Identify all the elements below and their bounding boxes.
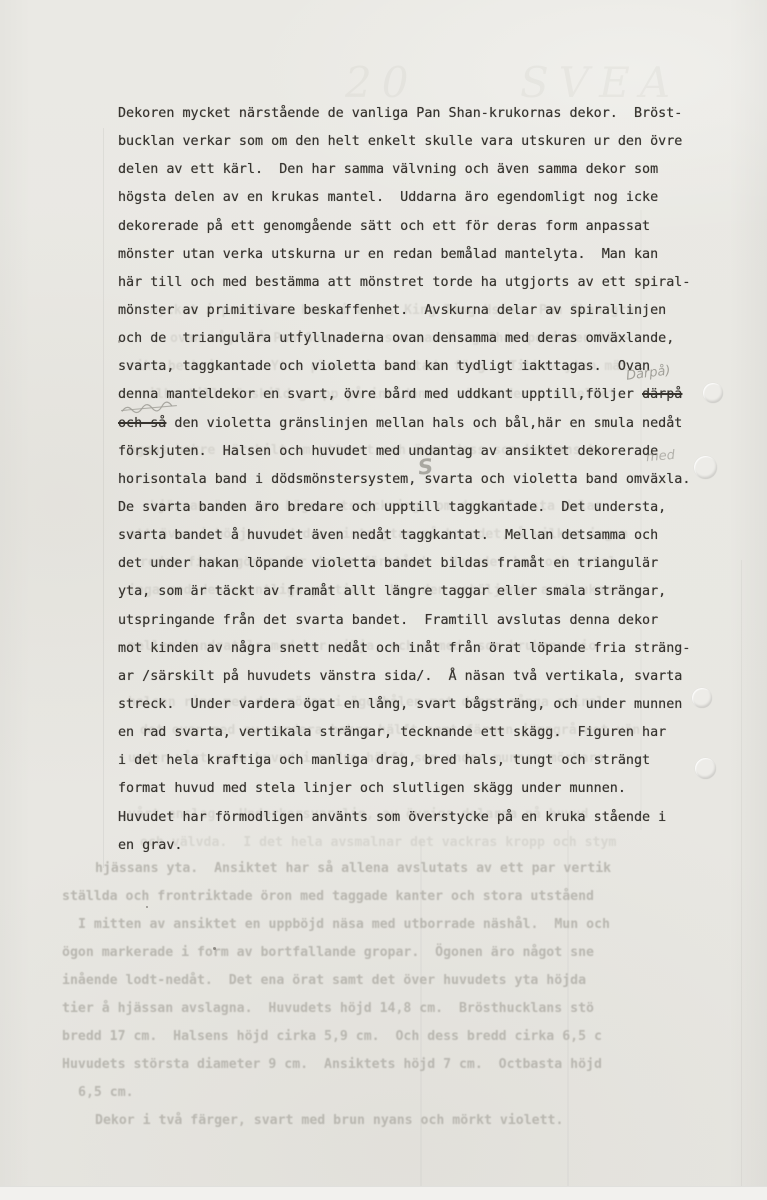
typed-line: en grav. xyxy=(118,832,690,860)
typed-text-segment: den violetta gränslinjen mellan hals och… xyxy=(166,416,682,431)
typed-line: mönster av primitivare beskaffenhet. Avs… xyxy=(118,297,690,325)
typed-text-segment: högsta delen av en krukas mantel. Uddarn… xyxy=(118,190,658,205)
typed-text-segment: mönster av primitivare beskaffenhet. Avs… xyxy=(118,303,666,318)
typed-text-segment: utspringande från det svarta bandet. Fra… xyxy=(118,613,658,628)
typed-text-segment: här till och med bestämma att mönstret t… xyxy=(118,275,690,290)
typed-text-segment: Huvudet har förmodligen använts som över… xyxy=(118,810,666,825)
bleedthrough-line: tier å hjässan avslagna. Huvudets höjd 1… xyxy=(62,1001,594,1016)
typed-text-segment: dekorerade på ett genomgående sätt och e… xyxy=(118,219,650,234)
typed-text: Dekoren mycket närstående de vanliga Pan… xyxy=(118,100,690,860)
typed-text-segment: svarta, taggkantade och violetta band ka… xyxy=(118,359,650,374)
pencil-scribble-strikeout xyxy=(119,399,182,418)
bleedthrough-line: I mitten av ansiktet en uppböjd näsa med… xyxy=(78,917,610,932)
typed-line: svarta, taggkantade och violetta band ka… xyxy=(118,353,690,381)
bleedthrough-line: ställda och frontriktade öron med taggad… xyxy=(62,889,594,904)
typed-text-segment: Dekoren mycket närstående de vanliga Pan… xyxy=(118,106,682,121)
pencil-annotation-capital-s: S xyxy=(417,454,435,479)
typed-line: en rad svarta, vertikala strängar, teckn… xyxy=(118,719,690,747)
typed-line: det under hakan löpande violetta bandet … xyxy=(118,550,690,578)
embossed-hole-mark xyxy=(695,758,716,779)
paper-speck xyxy=(118,340,120,343)
typed-text-segment: svarta bandet å huvudet även nedåt taggk… xyxy=(118,528,658,543)
typed-text-segment: i det hela kraftiga och manliga drag, br… xyxy=(118,753,650,768)
typed-line: yta, som är täckt av framåt allt längre … xyxy=(118,578,690,606)
pencil-annotation-med: med xyxy=(645,448,675,465)
typed-text-segment: mönster utan verka utskurna ur en redan … xyxy=(118,247,658,262)
typed-line: högsta delen av en krukas mantel. Uddarn… xyxy=(118,184,690,212)
bleedthrough-line: Dekor i två färger, svart med brun nyans… xyxy=(95,1113,563,1128)
typed-line: och de triangulära utfyllnaderna ovan de… xyxy=(118,325,690,353)
typed-line: mönster utan verka utskurna ur en redan … xyxy=(118,241,690,269)
typed-line: svarta bandet å huvudet även nedåt taggk… xyxy=(118,522,690,550)
margin-fold-line xyxy=(103,128,104,868)
typed-line: Huvudet har förmodligen använts som över… xyxy=(118,804,690,832)
typed-text-segment: streck. Under vardera ögat en lång, svar… xyxy=(118,697,682,712)
typed-line: delen av ett kärl. Den har samma välvnin… xyxy=(118,156,690,184)
typed-text-segment: De svarta banden äro bredare och upptill… xyxy=(118,500,666,515)
typed-line: utspringande från det svarta bandet. Fra… xyxy=(118,607,690,635)
typed-text-segment: format huvud med stela linjer och slutli… xyxy=(118,781,626,796)
typed-line: dekorerade på ett genomgående sätt och e… xyxy=(118,213,690,241)
typed-line: mot kinden av några snett nedåt och inåt… xyxy=(118,635,690,663)
typed-text-segment: yta, som är täckt av framåt allt längre … xyxy=(118,584,666,599)
typed-line: bucklan verkar som om den helt enkelt sk… xyxy=(118,128,690,156)
typed-line: format huvud med stela linjer och slutli… xyxy=(118,775,690,803)
typed-text-segment: förskjuten. Halsen och huvudet med undan… xyxy=(118,444,658,459)
bleedthrough-line: hjässans yta. Ansiktet har så allena avs… xyxy=(95,861,611,876)
paper-speck xyxy=(213,947,216,950)
typed-text-segment: mot kinden av några snett nedåt och inåt… xyxy=(118,641,690,656)
bleedthrough-line: inående lodt-nedåt. Det ena örat samt de… xyxy=(62,973,586,988)
bleedthrough-line: 6,5 cm. xyxy=(78,1085,134,1100)
paper-speck xyxy=(146,906,148,908)
typed-line: i det hela kraftiga och manliga drag, br… xyxy=(118,747,690,775)
typed-text-segment: delen av ett kärl. Den har samma välvnin… xyxy=(118,162,658,177)
typed-text-segment: en rad svarta, vertikala strängar, teckn… xyxy=(118,725,666,740)
embossed-hole-mark xyxy=(703,383,723,403)
typed-text-segment: det under hakan löpande violetta bandet … xyxy=(118,556,658,571)
typed-text-segment: en grav. xyxy=(118,838,183,853)
document-page: 20 SVEA mycket i porslätta kopt i änna, … xyxy=(0,0,767,1200)
bleedthrough-line: ögon markerade i form av bortfallande gr… xyxy=(62,945,594,960)
typed-line: De svarta banden äro bredare och upptill… xyxy=(118,494,690,522)
typed-line: Dekoren mycket närstående de vanliga Pan… xyxy=(118,100,690,128)
embossed-hole-mark xyxy=(692,688,712,708)
typed-line: ar /särskilt på huvudets vänstra sida/. … xyxy=(118,663,690,691)
bleedthrough-line: Huvudets största diameter 9 cm. Ansiktet… xyxy=(62,1057,602,1072)
typed-text-segment: och de triangulära utfyllnaderna ovan de… xyxy=(118,331,674,346)
typed-line: horisontala band i dödsmönstersystem, sv… xyxy=(118,466,690,494)
typed-line: och så den violetta gränslinjen mellan h… xyxy=(118,410,690,438)
typed-text-segment: ar /särskilt på huvudets vänstra sida/. … xyxy=(118,669,682,684)
typed-text-segment: denna manteldekor en svart, övre bård me… xyxy=(118,387,642,402)
typed-line: här till och med bestämma att mönstret t… xyxy=(118,269,690,297)
typed-text-segment: bucklan verkar som om den helt enkelt sk… xyxy=(118,134,682,149)
struck-out-text: därpå xyxy=(642,387,682,402)
paper-streak xyxy=(741,560,742,1188)
typed-line: streck. Under vardera ögat en lång, svar… xyxy=(118,691,690,719)
typed-text-segment: horisontala band i dödsmönstersystem, sv… xyxy=(118,472,690,487)
typed-line: förskjuten. Halsen och huvudet med undan… xyxy=(118,438,690,466)
embossed-hole-mark xyxy=(694,456,717,479)
paper-speck xyxy=(299,330,301,332)
scan-bottom-edge xyxy=(0,1186,767,1200)
bleedthrough-line: bredd 17 cm. Halsens höjd cirka 5,9 cm. … xyxy=(62,1029,602,1044)
typed-line: denna manteldekor en svart, övre bård me… xyxy=(118,381,690,409)
